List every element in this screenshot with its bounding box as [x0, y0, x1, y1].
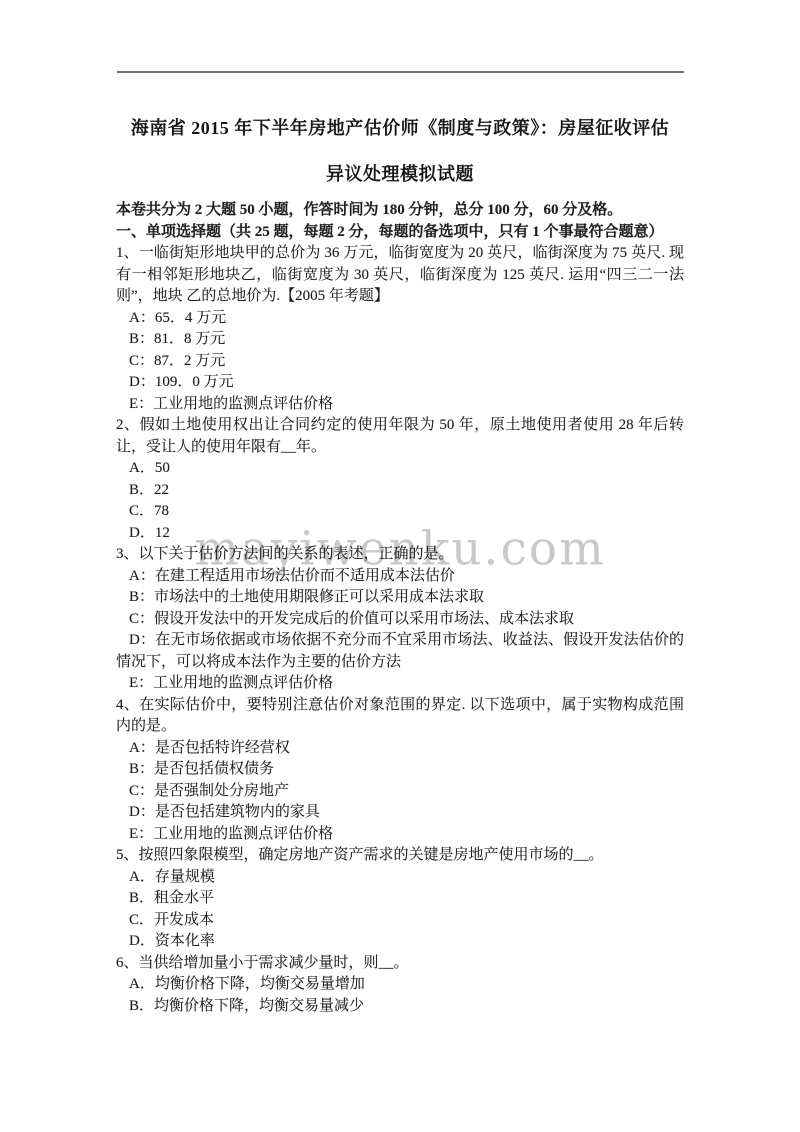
- question-option: A：在建工程适用市场法估价而不适用成本法估价: [116, 566, 684, 588]
- question-option: D．12: [116, 523, 684, 545]
- question-stem: 5、按照四象限模型，确定房地产资产需求的关键是房地产使用市场的__。: [116, 845, 684, 867]
- question-option: D：是否包括建筑物内的家具: [116, 802, 684, 824]
- question-option: E：工业用地的监测点评估价格: [116, 673, 684, 695]
- question-option: C．78: [116, 501, 684, 523]
- question-block: 1、一临街矩形地块甲的总价为 36 万元，临街宽度为 20 英尺，临街深度为 7…: [116, 243, 684, 415]
- question-option: B．均衡价格下降，均衡交易量减少: [116, 996, 684, 1018]
- document-page: mayiwenku.com 海南省 2015 年下半年房地产估价师《制度与政策》…: [0, 0, 800, 1132]
- question-stem: 2、假如土地使用权出让合同约定的使用年限为 50 年，原土地使用者使用 28 年…: [116, 415, 684, 458]
- question-option: A：65．4 万元: [116, 308, 684, 330]
- section-heading: 一、单项选择题（共 25 题，每题 2 分，每题的备选项中，只有 1 个事最符合…: [116, 222, 684, 244]
- question-option: E：工业用地的监测点评估价格: [116, 824, 684, 846]
- question-option: A：是否包括特许经营权: [116, 738, 684, 760]
- question-option: E：工业用地的监测点评估价格: [116, 394, 684, 416]
- title-line-1: 海南省 2015 年下半年房地产估价师《制度与政策》：房屋征收评估: [116, 105, 684, 151]
- question-option: A．50: [116, 458, 684, 480]
- question-option: C：是否强制处分房地产: [116, 781, 684, 803]
- question-block: 4、在实际估价中，要特别注意估价对象范围的界定. 以下选项中，属于实物构成范围内…: [116, 695, 684, 846]
- question-option: C．开发成本: [116, 910, 684, 932]
- question-stem: 3、以下关于估价方法间的关系的表述，正确的是。: [116, 544, 684, 566]
- question-option: B：81．8 万元: [116, 329, 684, 351]
- question-block: 6、当供给增加量小于需求减少量时，则__。A．均衡价格下降，均衡交易量增加B．均…: [116, 953, 684, 1018]
- exam-instructions: 本卷共分为 2 大题 50 小题，作答时间为 180 分钟，总分 100 分，6…: [116, 200, 684, 222]
- question-option: B．租金水平: [116, 888, 684, 910]
- document-content: 海南省 2015 年下半年房地产估价师《制度与政策》：房屋征收评估 异议处理模拟…: [116, 105, 684, 1017]
- question-option: D．资本化率: [116, 931, 684, 953]
- question-stem: 1、一临街矩形地块甲的总价为 36 万元，临街宽度为 20 英尺，临街深度为 7…: [116, 243, 684, 308]
- question-block: 3、以下关于估价方法间的关系的表述，正确的是。A：在建工程适用市场法估价而不适用…: [116, 544, 684, 695]
- title-line-2: 异议处理模拟试题: [116, 151, 684, 197]
- question-list: 1、一临街矩形地块甲的总价为 36 万元，临街宽度为 20 英尺，临街深度为 7…: [116, 243, 684, 1017]
- question-option: B．22: [116, 480, 684, 502]
- question-option: D：109．0 万元: [116, 372, 684, 394]
- question-option: C：87．2 万元: [116, 351, 684, 373]
- question-option: D：在无市场依据或市场依据不充分而不宜采用市场法、收益法、假设开发法估价的情况下…: [116, 630, 684, 673]
- question-option: A．均衡价格下降，均衡交易量增加: [116, 974, 684, 996]
- document-title: 海南省 2015 年下半年房地产估价师《制度与政策》：房屋征收评估 异议处理模拟…: [116, 105, 684, 197]
- question-option: C：假设开发法中的开发完成后的价值可以采用市场法、成本法求取: [116, 609, 684, 631]
- document-body: 本卷共分为 2 大题 50 小题，作答时间为 180 分钟，总分 100 分，6…: [116, 200, 684, 1017]
- question-stem: 6、当供给增加量小于需求减少量时，则__。: [116, 953, 684, 975]
- question-stem: 4、在实际估价中，要特别注意估价对象范围的界定. 以下选项中，属于实物构成范围内…: [116, 695, 684, 738]
- question-block: 2、假如土地使用权出让合同约定的使用年限为 50 年，原土地使用者使用 28 年…: [116, 415, 684, 544]
- question-option: A．存量规模: [116, 867, 684, 889]
- header-rule: [117, 71, 684, 73]
- question-option: B：是否包括债权债务: [116, 759, 684, 781]
- question-block: 5、按照四象限模型，确定房地产资产需求的关键是房地产使用市场的__。A．存量规模…: [116, 845, 684, 953]
- question-option: B：市场法中的土地使用期限修正可以采用成本法求取: [116, 587, 684, 609]
